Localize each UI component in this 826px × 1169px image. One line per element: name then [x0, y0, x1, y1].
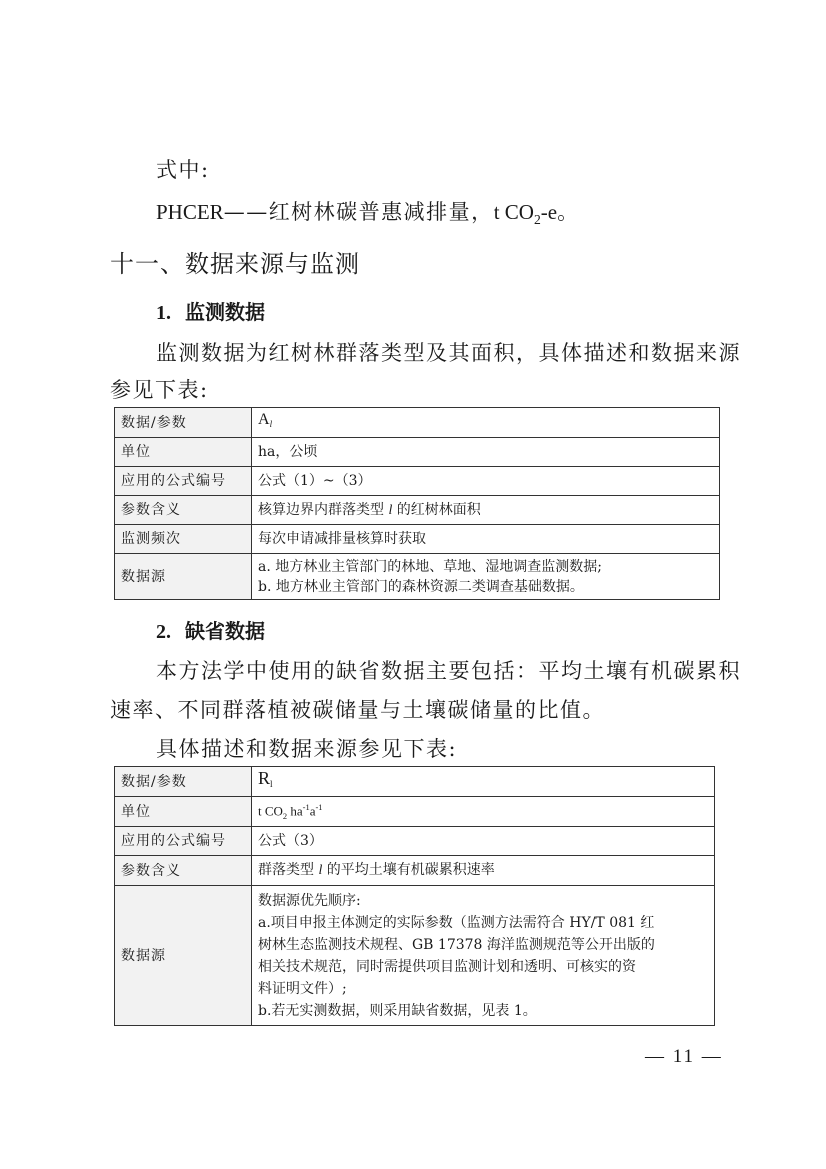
formula-variable-definition: PHCER——红树林碳普惠减排量，t CO2-e。: [156, 196, 578, 228]
table-value-cell: 核算边界内群落类型 l 的红树林面积: [252, 496, 720, 525]
table-label-cell: 单位: [115, 797, 252, 827]
table-label-cell: 单位: [115, 438, 252, 467]
table-row: 数据源 数据源优先顺序: a.项目申报主体测定的实际参数（监测方法需符合 HY/…: [115, 886, 715, 1026]
table-value-cell: t CO2 ha-1a-1: [252, 797, 715, 827]
table-label-cell: 数据源: [115, 554, 252, 600]
paragraph-line: 本方法学中使用的缺省数据主要包括：平均土壤有机碳累积: [156, 655, 741, 685]
paragraph-line: 具体描述和数据来源参见下表:: [156, 733, 457, 763]
table-value-cell: 公式（1）~（3）: [252, 467, 720, 496]
table-row: 数据源 a. 地方林业主管部门的林地、草地、湿地调查监测数据; b. 地方林业主…: [115, 554, 720, 600]
table-label-cell: 数据/参数: [115, 767, 252, 797]
table-value-cell: 每次申请减排量核算时获取: [252, 525, 720, 554]
variable-symbol: PHCER: [156, 200, 224, 224]
page-number: — 11 —: [645, 1046, 723, 1068]
table-row: 参数含义 群落类型 l 的平均土壤有机碳累积速率: [115, 856, 715, 886]
variable-description: 红树林碳普惠减排量，: [269, 200, 494, 224]
table-value-cell: a. 地方林业主管部门的林地、草地、湿地调查监测数据; b. 地方林业主管部门的…: [252, 554, 720, 600]
subsection-number: 2.: [156, 621, 171, 643]
paragraph-line: 速率、不同群落植被碳储量与土壤碳储量的比值。: [110, 694, 605, 724]
paragraph-line: 参见下表:: [110, 374, 209, 404]
paragraph-line: 监测数据为红树林群落类型及其面积，具体描述和数据来源: [156, 337, 741, 367]
table-row: 数据/参数 Al: [115, 408, 720, 438]
table-value-cell: Rl: [252, 767, 715, 797]
subsection-heading-monitoring-data: 1.监测数据: [156, 296, 265, 325]
table-value-cell: 公式（3）: [252, 827, 715, 856]
table-row: 应用的公式编号 公式（1）~（3）: [115, 467, 720, 496]
variable-dash: ——: [224, 200, 269, 224]
table-row: 单位 ha，公顷: [115, 438, 720, 467]
table-label-cell: 应用的公式编号: [115, 467, 252, 496]
table-value-cell: Al: [252, 408, 720, 438]
table-value-cell: ha，公顷: [252, 438, 720, 467]
table-row: 参数含义 核算边界内群落类型 l 的红树林面积: [115, 496, 720, 525]
monitoring-data-table: 数据/参数 Al 单位 ha，公顷 应用的公式编号 公式（1）~（3） 参数含义…: [114, 407, 720, 600]
table-value-cell: 群落类型 l 的平均土壤有机碳累积速率: [252, 856, 715, 886]
formula-notes-intro: 式中:: [156, 154, 210, 184]
section-title: 十一、数据来源与监测: [110, 244, 360, 279]
table-label-cell: 数据/参数: [115, 408, 252, 438]
table-row: 数据/参数 Rl: [115, 767, 715, 797]
table-label-cell: 应用的公式编号: [115, 827, 252, 856]
table-label-cell: 参数含义: [115, 856, 252, 886]
table-row: 单位 t CO2 ha-1a-1: [115, 797, 715, 827]
table-label-cell: 监测频次: [115, 525, 252, 554]
table-label-cell: 数据源: [115, 886, 252, 1026]
table-label-cell: 参数含义: [115, 496, 252, 525]
table-row: 应用的公式编号 公式（3）: [115, 827, 715, 856]
subsection-number: 1.: [156, 302, 171, 324]
variable-unit: t CO2-e。: [494, 200, 578, 224]
subsection-heading-default-data: 2.缺省数据: [156, 615, 265, 644]
subsection-title: 监测数据: [185, 300, 265, 324]
table-value-cell: 数据源优先顺序: a.项目申报主体测定的实际参数（监测方法需符合 HY/T 08…: [252, 886, 715, 1026]
table-row: 监测频次 每次申请减排量核算时获取: [115, 525, 720, 554]
default-data-table: 数据/参数 Rl 单位 t CO2 ha-1a-1 应用的公式编号 公式（3） …: [114, 766, 715, 1026]
subsection-title: 缺省数据: [185, 619, 265, 643]
